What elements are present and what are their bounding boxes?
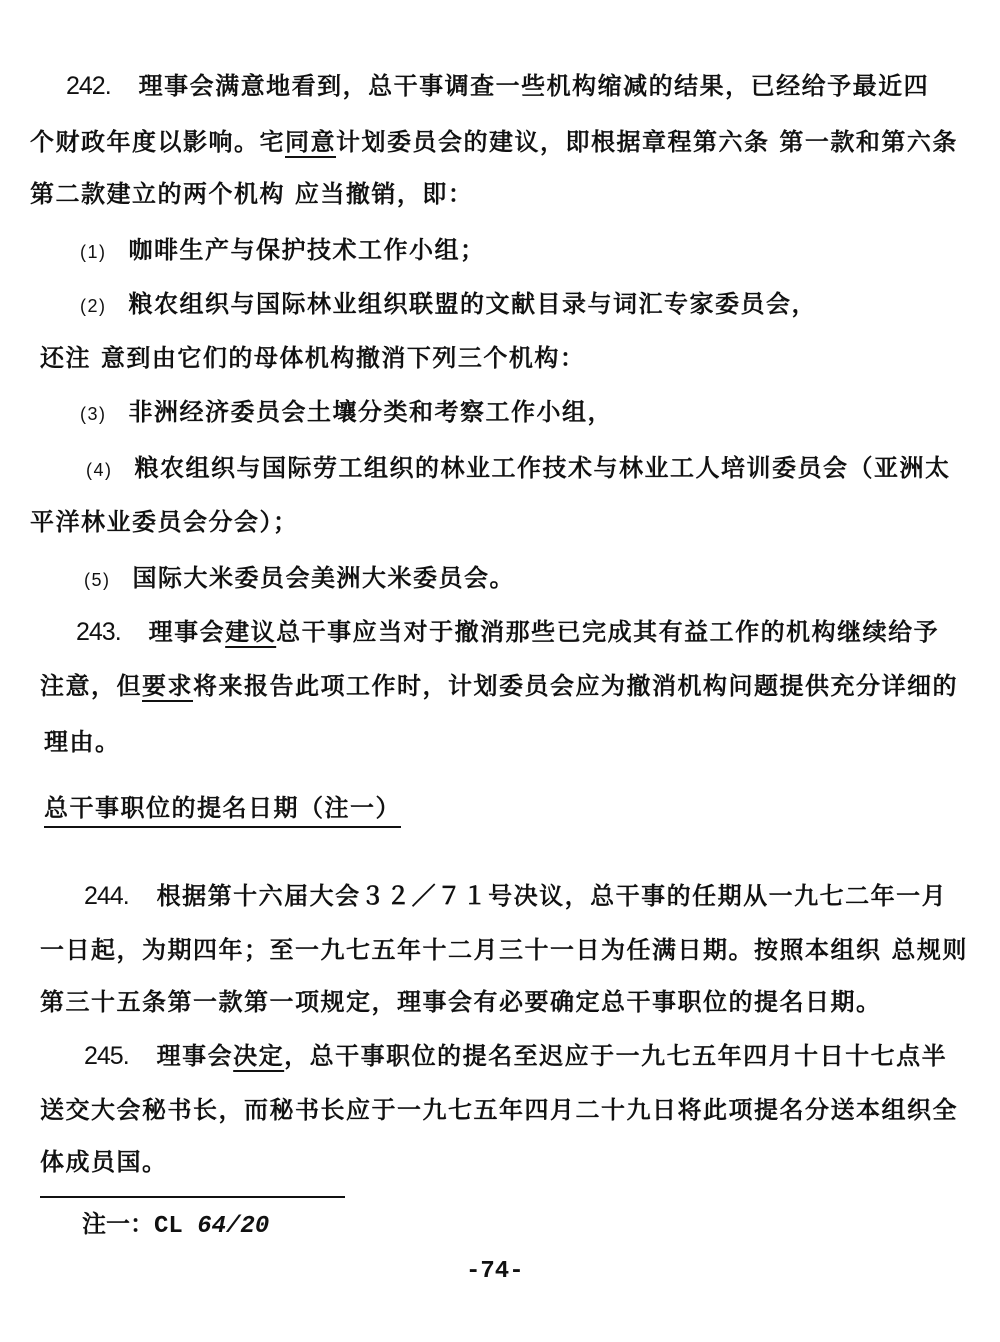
paragraph-242-line-3: 第二款建立的两个机构 应当撤销，即： [30,178,473,210]
paragraph-245-line-1: 245.理事会决定，总干事职位的提名至迟应于一九七五年四月十日十七点半 [84,1040,947,1072]
paragraph-243-line-1: 243.理事会建议总干事应当对于撤消那些已完成其有益工作的机构继续给予 [76,616,939,648]
paragraph-text: 理由。 [44,728,121,756]
list-item-4: (4)粮农组织与国际劳工组织的林业工作技术与林业工人培训委员会（亚洲太 [86,452,951,486]
page-number: -74- [466,1258,524,1285]
list-item-1: (1)咖啡生产与保护技术工作小组； [80,234,486,268]
paragraph-243-line-3: 理由。 [44,726,121,758]
paragraph-243-line-2: 注意，但要求将来报告此项工作时，计划委员会应为撤消机构问题提供充分详细的 [40,670,958,702]
section-heading: 总干事职位的提名日期（注一） [44,792,401,824]
item-text: 粮农组织与国际劳工组织的林业工作技术与林业工人培训委员会（亚洲太 [135,454,951,482]
item-text: 非洲经济委员会土壤分类和考察工作小组， [129,398,614,426]
paragraph-244-line-2: 一日起，为期四年；至一九七五年十二月三十一日为任满日期。按照本组织 总规则 [40,934,968,966]
item-text: 粮农组织与国际林业组织联盟的文献目录与词汇专家委员会， [129,290,818,318]
paragraph-text: 将来报告此项工作时，计划委员会应为撤消机构问题提供充分详细的 [193,672,958,700]
footnote-divider [40,1196,345,1198]
item-marker: (3) [80,404,107,424]
underlined-term: 建议 [225,618,276,646]
paragraph-text: 根据第十六届大会３２／７１号决议，总干事的任期从一九七二年一月 [157,882,948,910]
paragraph-text: ，总干事职位的提名至迟应于一九七五年四月十日十七点半 [284,1042,947,1070]
paragraph-number: 245. [84,1042,129,1070]
item-marker: (4) [86,460,113,480]
paragraph-number: 244. [84,882,129,910]
paragraph-number: 242. [66,72,111,100]
underlined-term: 决定 [233,1042,284,1070]
item-marker: (5) [84,570,111,590]
list-item-5: (5)国际大米委员会美洲大米委员会。 [84,562,515,596]
paragraph-number: 243. [76,618,121,646]
paragraph-text: 体成员国。 [40,1148,168,1176]
paragraph-242-line-2: 个财政年度以影响。宅同意计划委员会的建议，即根据章程第六条 第一款和第六条 [30,126,958,158]
paragraph-text: 还注 意到由它们的母体机构撤消下列三个机构： [40,344,585,372]
paragraph-text: 个财政年度以影响。宅 [30,128,285,156]
paragraph-245-line-2: 送交大会秘书长，而秘书长应于一九七五年四月二十九日将此项提名分送本组织全 [40,1094,958,1126]
paragraph-244-line-1: 244.根据第十六届大会３２／７１号决议，总干事的任期从一九七二年一月 [84,880,947,912]
paragraph-text: 一日起，为期四年；至一九七五年十二月三十一日为任满日期。按照本组织 总规则 [40,936,968,964]
footnote-code-prefix: CL [154,1213,197,1240]
item-marker: (2) [80,296,107,316]
item-text: 平洋林业委员会分会）； [30,508,299,536]
item-marker: (1) [80,242,107,262]
underlined-term: 同意 [285,128,336,156]
paragraph-text: 计划委员会的建议，即根据章程第六条 第一款和第六条 [336,128,958,156]
paragraph-text: 送交大会秘书长，而秘书长应于一九七五年四月二十九日将此项提名分送本组织全 [40,1096,958,1124]
item-text: 咖啡生产与保护技术工作小组； [129,236,486,264]
list-item-3: (3)非洲经济委员会土壤分类和考察工作小组， [80,396,613,430]
item-text: 国际大米委员会美洲大米委员会。 [133,564,516,592]
paragraph-text: 第三十五条第一款第一项规定，理事会有必要确定总干事职位的提名日期。 [40,988,882,1016]
list-item-4-continuation: 平洋林业委员会分会）； [30,506,299,538]
paragraph-text: 总干事应当对于撤消那些已完成其有益工作的机构继续给予 [276,618,939,646]
paragraph-242-line-1: 242.理事会满意地看到，总干事调查一些机构缩减的结果，已经给予最近四 [66,70,929,102]
paragraph-text: 理事会 [157,1042,234,1070]
paragraph-text: 第二款建立的两个机构 应当撤销，即： [30,180,473,208]
footnote: 注一：CL 64/20 [82,1208,269,1243]
paragraph-text: 注意，但 [40,672,142,700]
continuation-line: 还注 意到由它们的母体机构撤消下列三个机构： [40,342,585,374]
list-item-2: (2)粮农组织与国际林业组织联盟的文献目录与词汇专家委员会， [80,288,817,322]
paragraph-text: 理事会满意地看到，总干事调查一些机构缩减的结果，已经给予最近四 [139,72,930,100]
underlined-term: 要求 [142,672,193,700]
paragraph-245-line-3: 体成员国。 [40,1146,168,1178]
footnote-code: 64/20 [197,1213,269,1240]
footnote-label: 注一： [82,1210,154,1238]
paragraph-text: 理事会 [149,618,226,646]
paragraph-244-line-3: 第三十五条第一款第一项规定，理事会有必要确定总干事职位的提名日期。 [40,986,882,1018]
